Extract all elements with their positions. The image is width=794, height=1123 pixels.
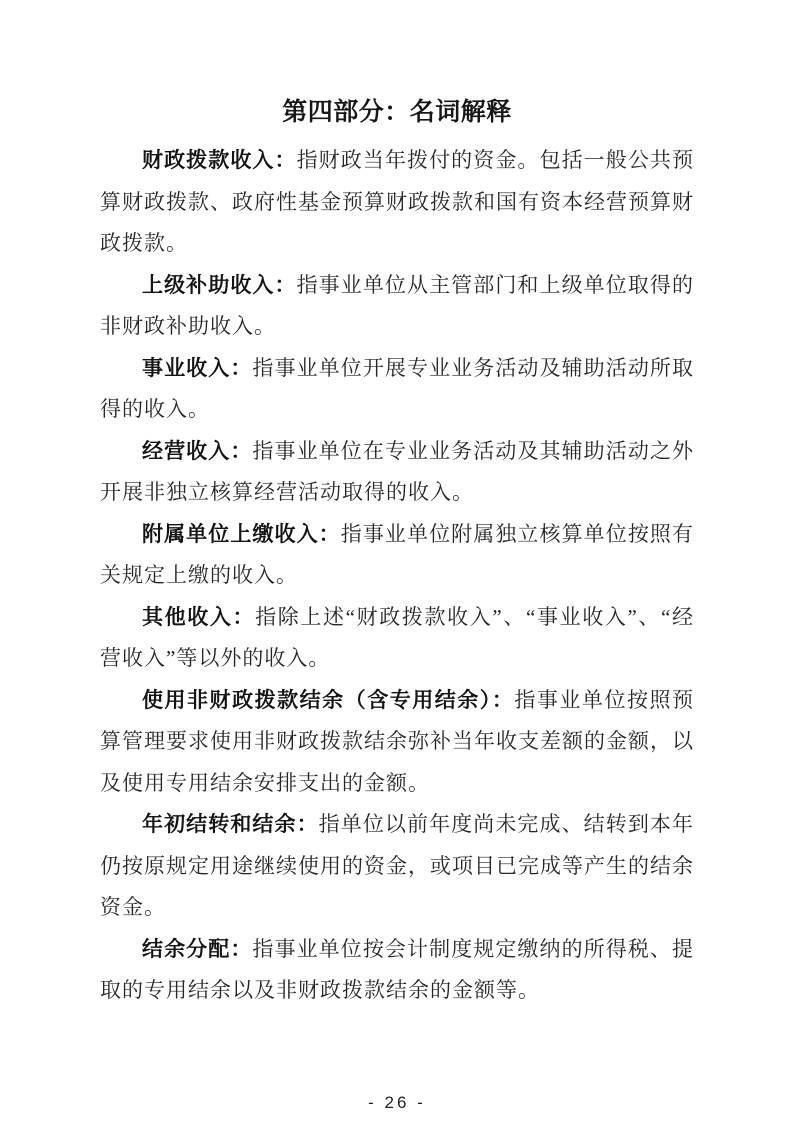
glossary-entry: 经营收入：指事业单位在专业业务活动及其辅助活动之外开展非独立核算经营活动取得的收… (100, 431, 694, 514)
glossary-entry: 事业收入：指事业单位开展专业业务活动及辅助活动所取得的收入。 (100, 348, 694, 431)
glossary-term: 结余分配： (142, 937, 252, 961)
glossary-entry: 其他收入：指除上述“财政拨款收入”、“事业收入”、“经营收入”等以外的收入。 (100, 597, 694, 680)
glossary-term: 附属单位上缴收入： (142, 522, 341, 546)
page-number: - 26 - (0, 1092, 794, 1114)
glossary-entry: 上级补助收入：指事业单位从主管部门和上级单位取得的非财政补助收入。 (100, 265, 694, 348)
glossary-term: 财政拨款收入： (142, 148, 297, 172)
glossary-term: 其他收入： (142, 605, 255, 629)
glossary-term: 经营收入： (142, 439, 252, 463)
glossary-term: 事业收入： (142, 356, 252, 380)
glossary-entry: 附属单位上缴收入：指事业单位附属独立核算单位按照有关规定上缴的收入。 (100, 514, 694, 597)
glossary-entry: 年初结转和结余：指单位以前年度尚未完成、结转到本年仍按原规定用途继续使用的资金，… (100, 804, 694, 929)
glossary-entry: 结余分配：指事业单位按会计制度规定缴纳的所得税、提取的专用结余以及非财政拨款结余… (100, 929, 694, 1012)
glossary-section: 财政拨款收入：指财政当年拨付的资金。包括一般公共预算财政拨款、政府性基金预算财政… (100, 140, 694, 1012)
glossary-term: 年初结转和结余： (142, 812, 319, 836)
page-title: 第四部分：名词解释 (100, 97, 694, 129)
document-page: 第四部分：名词解释 财政拨款收入：指财政当年拨付的资金。包括一般公共预算财政拨款… (0, 0, 794, 1123)
glossary-entry: 使用非财政拨款结余（含专用结余）：指事业单位按照预算管理要求使用非财政拨款结余弥… (100, 680, 694, 805)
glossary-entry: 财政拨款收入：指财政当年拨付的资金。包括一般公共预算财政拨款、政府性基金预算财政… (100, 140, 694, 265)
glossary-term: 上级补助收入： (142, 273, 297, 297)
glossary-term: 使用非财政拨款结余（含专用结余）： (142, 688, 514, 712)
